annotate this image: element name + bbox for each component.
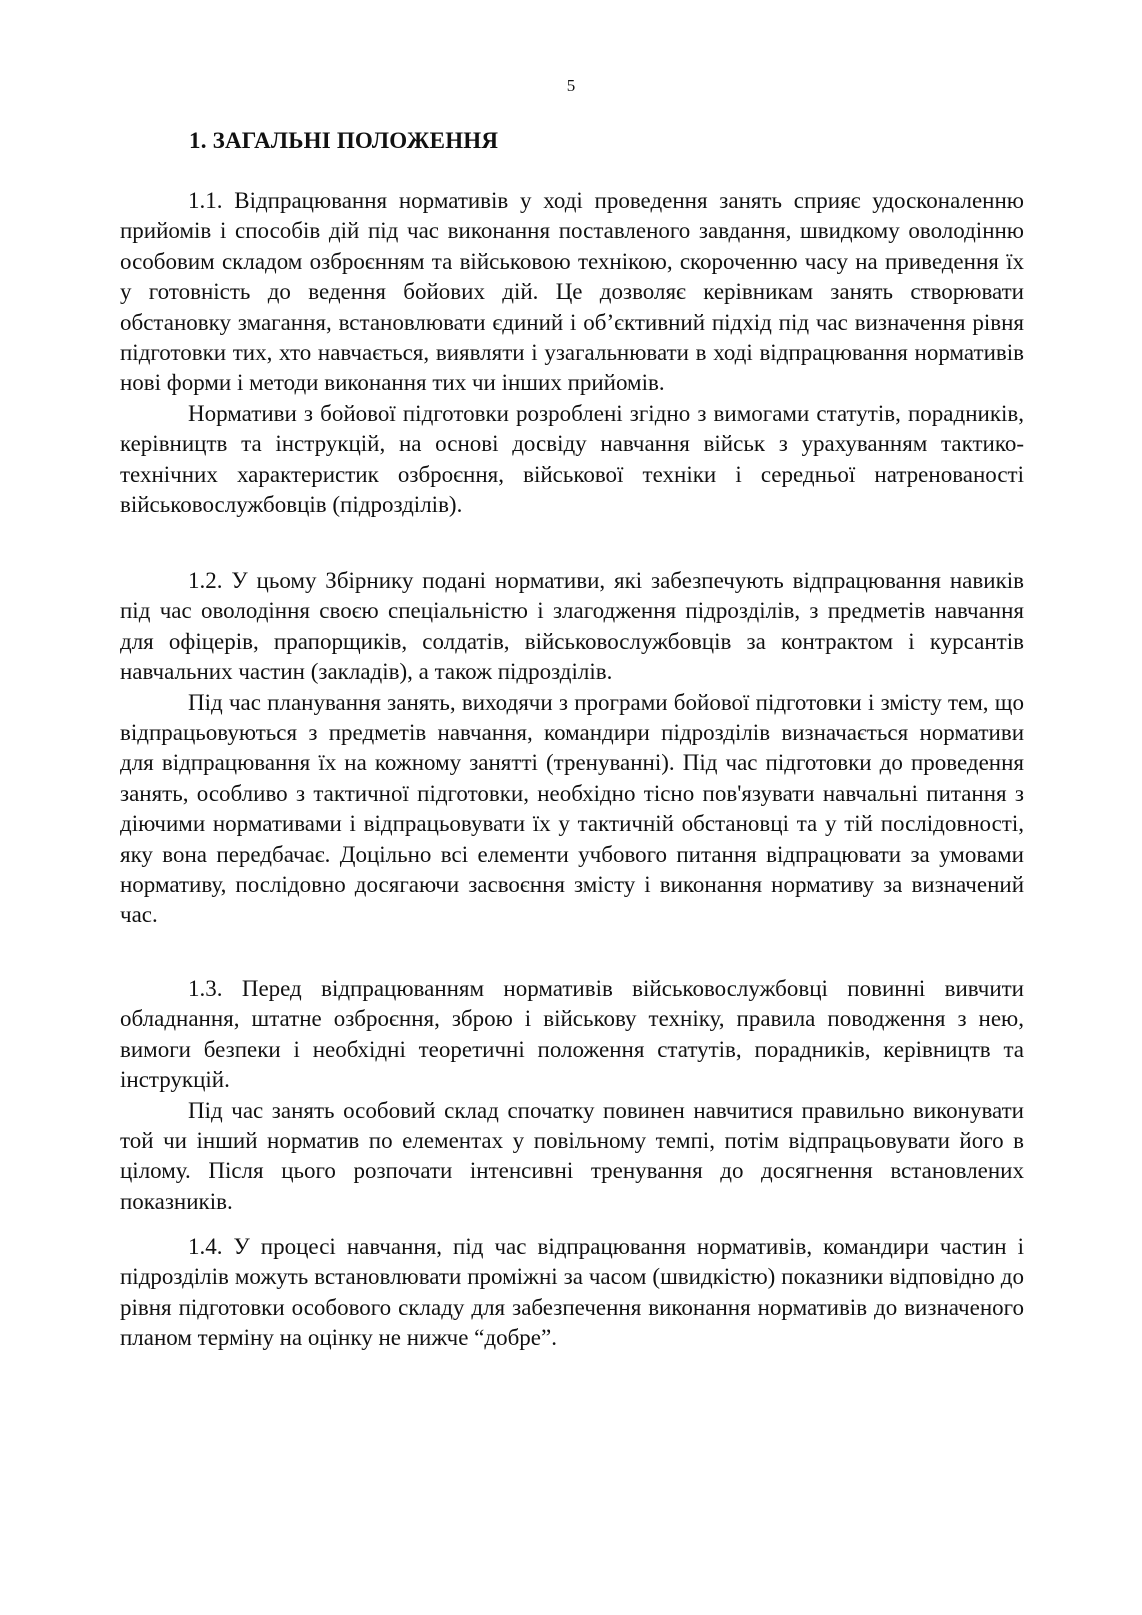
paragraph-1-3: 1.3. Перед відпрацюванням нормативів вій… [120,974,1024,1096]
paragraph-1-1-b: Нормативи з бойової підготовки розроблен… [120,399,1024,521]
section-1-1: 1.1. Відпрацювання нормативів у ході про… [120,186,1024,520]
section-1-2: 1.2. У цьому Збірнику подані нормативи, … [120,566,1024,931]
page-number: 5 [0,76,1142,96]
paragraph-1-2-b: Під час планування занять, виходячи з пр… [120,688,1024,931]
document-page: 5 1. ЗАГАЛЬНІ ПОЛОЖЕННЯ 1.1. Відпрацюван… [0,0,1142,1615]
paragraph-1-3-b: Під час занять особовий склад спочатку п… [120,1096,1024,1218]
paragraph-1-4: 1.4. У процесі навчання, під час відпрац… [120,1232,1024,1354]
section-1-3: 1.3. Перед відпрацюванням нормативів вій… [120,974,1024,1217]
section-heading: 1. ЗАГАЛЬНІ ПОЛОЖЕННЯ [189,128,498,154]
paragraph-1-2: 1.2. У цьому Збірнику подані нормативи, … [120,566,1024,688]
paragraph-1-1: 1.1. Відпрацювання нормативів у ході про… [120,186,1024,399]
section-1-4: 1.4. У процесі навчання, під час відпрац… [120,1232,1024,1354]
